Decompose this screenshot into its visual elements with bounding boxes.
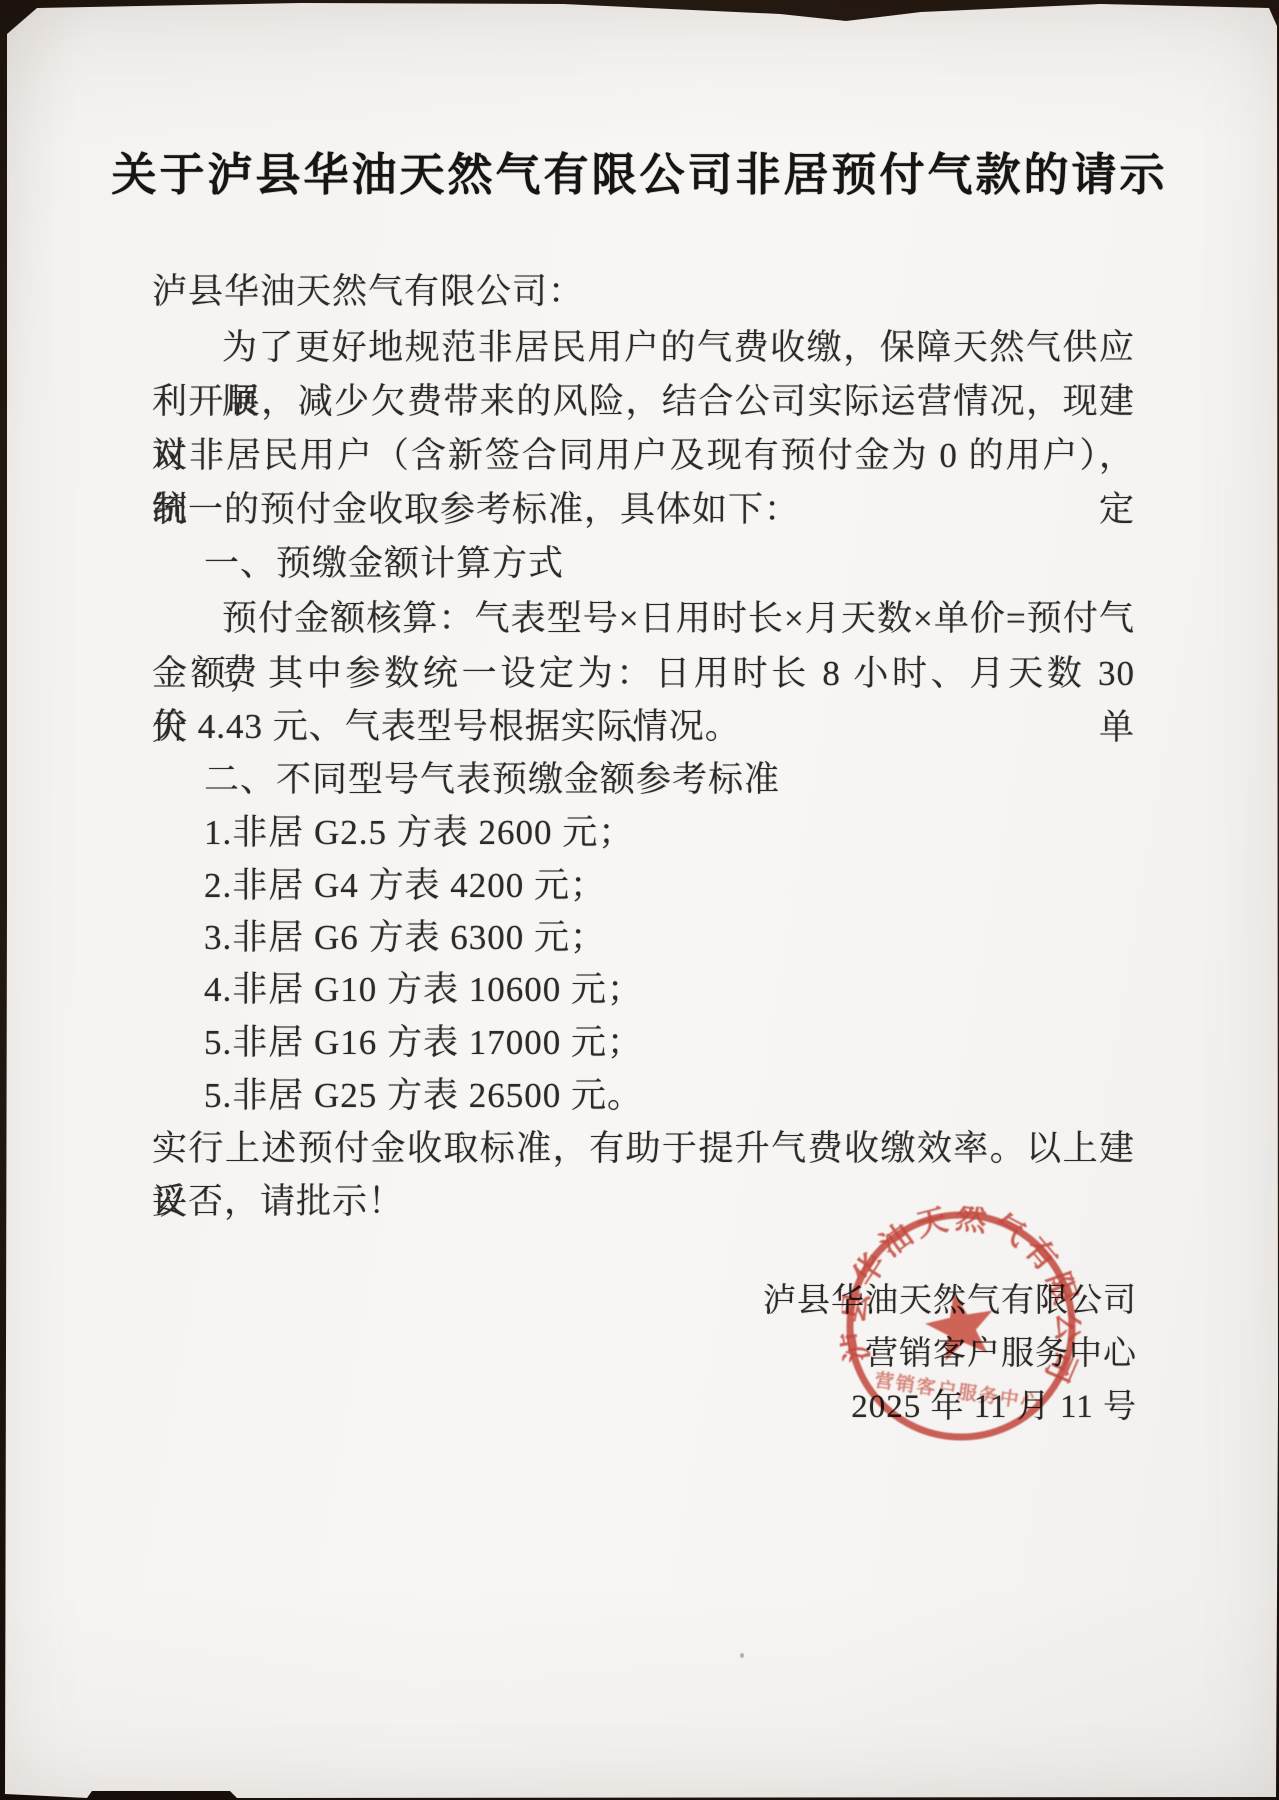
formula-line: 价 4.43 元、气表型号根据实际情况。 [152,700,741,754]
list-item: 4.非居 G10 方表 10600 元； [152,963,643,1017]
paragraph-line: 对非居民用户（含新签合同用户及现有预付金为 0 的用户），制定 [152,429,1135,483]
salutation: 泸县华油天然气有限公司： [152,265,584,319]
document-title: 关于泸县华油天然气有限公司非居预付气款的请示 [0,138,1279,203]
paragraph-line: 利开展，减少欠费带来的风险，结合公司实际运营情况，现建议 [152,375,1135,429]
paper-speck [740,1653,744,1658]
formula-line: 预付金额核算：气表型号×日用时长×月天数×单价=预付气费 [152,592,1135,646]
list-item: 5.非居 G25 方表 26500 元。 [152,1069,643,1123]
section2-heading: 二、不同型号气表预缴金额参考标准 [152,753,780,807]
closing-line: 实行上述预付金收取标准，有助于提升气费收缴效率。以上建议 [152,1122,1135,1176]
paragraph-line: 统一的预付金收取参考标准，具体如下： [152,483,800,537]
paragraph-line: 为了更好地规范非居民用户的气费收缴，保障天然气供应顺 [152,321,1135,375]
signature-block: 泸县华油天然气有限公司 营销客户服务中心 2025 年 11 月 11 号 [763,1275,1137,1434]
document-page: 关于泸县华油天然气有限公司非居预付气款的请示 泸县华油天然气有限公司： 为了更好… [0,0,1279,1800]
signature-date: 2025 年 11 月 11 号 [763,1381,1137,1434]
list-item: 2.非居 G4 方表 4200 元； [152,859,606,913]
closing-line: 妥否，请批示！ [152,1175,404,1229]
formula-line: 金额，其中参数统一设定为：日用时长 8 小时、月天数 30 天、单 [152,647,1135,701]
list-item: 1.非居 G2.5 方表 2600 元； [152,806,634,860]
section1-heading: 一、预缴金额计算方式 [152,537,564,591]
list-item: 3.非居 G6 方表 6300 元； [152,911,606,965]
list-item: 5.非居 G16 方表 17000 元； [152,1016,643,1070]
signature-company: 泸县华油天然气有限公司 [763,1275,1137,1328]
signature-department: 营销客户服务中心 [763,1328,1137,1381]
